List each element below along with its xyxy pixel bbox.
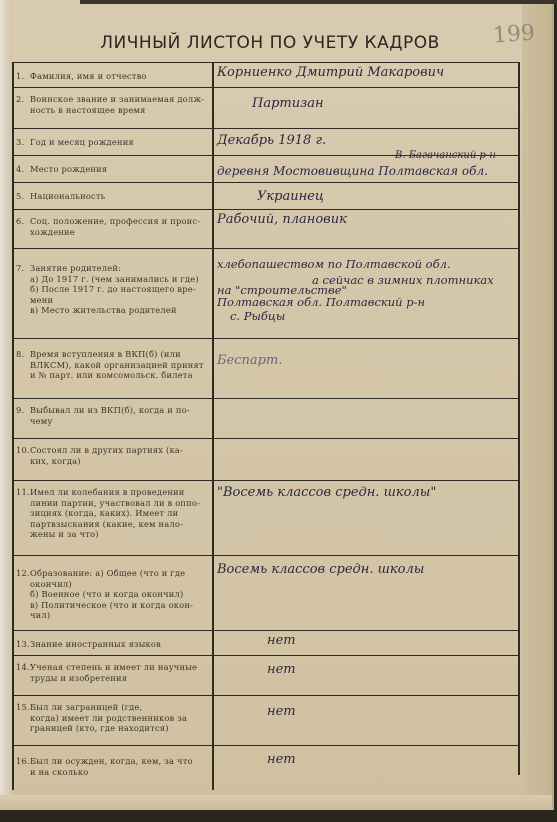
field-label-text: Выбывал ли из ВКП(б), когда и по- xyxy=(30,405,190,415)
table-left-border xyxy=(12,62,14,790)
field-label: 10. Состоял ли в других партиях (ка-ких,… xyxy=(16,445,208,466)
field-label: 9. Выбывал ли из ВКП(б), когда и по-чему xyxy=(16,405,208,426)
field-number: 4. xyxy=(16,164,30,175)
paper-edge xyxy=(0,0,12,810)
field-label-line: 13. Знание иностранных языков xyxy=(16,639,208,650)
field-label-text: Воинское звание и занимаемая долж- xyxy=(30,94,204,104)
paper-fold xyxy=(0,795,552,810)
field-label-line: 11. Имел ли колебания в проведении xyxy=(16,487,208,498)
field-number: 15. xyxy=(16,702,30,713)
field-label: 16. Был ли осужден, когда, кем, за чтои … xyxy=(16,756,208,777)
field-annotation: В. Багачанский р-н xyxy=(395,150,496,161)
field-label-line: 16. Был ли осужден, когда, кем, за что xyxy=(16,756,208,767)
form-row: 4. Место рождениядеревня Мостовивщина По… xyxy=(12,155,518,183)
field-label-line: в) Политическое (что и когда окон- xyxy=(16,600,208,611)
field-value: Полтавская обл. Полтавский р-н xyxy=(217,295,517,309)
form-row: 2. Воинское звание и занимаемая долж-нос… xyxy=(12,87,518,129)
field-value: Украинец xyxy=(257,189,557,204)
field-label-line: мени xyxy=(16,295,208,306)
field-value: Корниенко Дмитрий Макарович xyxy=(217,65,517,80)
field-label: 13. Знание иностранных языков xyxy=(16,639,208,650)
page-number: 199 xyxy=(492,21,536,49)
field-label-line: чил) xyxy=(16,610,208,621)
field-label-line: 14. Ученая степень и имеет ли научные xyxy=(16,662,208,673)
field-label-text: Имел ли колебания в проведении xyxy=(30,487,185,497)
form-row: 11. Имел ли колебания в проведениилинии … xyxy=(12,480,518,556)
field-label-line: партвзыскания (какие, кем нало- xyxy=(16,519,208,530)
field-label-line: когда) имеет ли родственников за xyxy=(16,713,208,724)
field-label-text: Занятие родителей: xyxy=(30,263,121,273)
form-row: 9. Выбывал ли из ВКП(б), когда и по-чему xyxy=(12,398,518,439)
field-label-line: 9. Выбывал ли из ВКП(б), когда и по- xyxy=(16,405,208,416)
field-number: 1. xyxy=(16,71,30,82)
form-row: 16. Был ли осужден, когда, кем, за чтои … xyxy=(12,745,518,791)
field-label-text: Соц. положение, профессия и проис- xyxy=(30,216,200,226)
field-label: 11. Имел ли колебания в проведениилинии … xyxy=(16,487,208,540)
field-label-line: ВЛКСМ), какой организацией принят xyxy=(16,360,208,371)
field-label-line: границей (кто, где находится) xyxy=(16,723,208,734)
table-right-border xyxy=(518,62,520,775)
field-value: нет xyxy=(267,752,557,767)
field-label-text: Ученая степень и имеет ли научные xyxy=(30,662,197,672)
field-label-line: 7. Занятие родителей: xyxy=(16,263,208,274)
field-label-line: 15. Был ли заграницей (где, xyxy=(16,702,208,713)
field-label-text: Год и месяц рождения xyxy=(30,137,134,147)
field-number: 5. xyxy=(16,191,30,202)
field-number: 11. xyxy=(16,487,30,498)
table-column-divider xyxy=(212,62,214,790)
field-label: 4. Место рождения xyxy=(16,164,208,175)
field-label-line: жены и за что) xyxy=(16,529,208,540)
field-label-line: в) Место жительства родителей xyxy=(16,305,208,316)
field-label: 3. Год и месяц рождения xyxy=(16,137,208,148)
form-row: 8. Время вступления в ВКП(б) (илиВЛКСМ),… xyxy=(12,338,518,399)
field-label: 15. Был ли заграницей (где,когда) имеет … xyxy=(16,702,208,734)
form-row: 10. Состоял ли в других партиях (ка-ких,… xyxy=(12,438,518,481)
field-number: 16. xyxy=(16,756,30,767)
field-label-line: 6. Соц. положение, профессия и проис- xyxy=(16,216,208,227)
field-number: 2. xyxy=(16,94,30,105)
form-row: 1. Фамилия, имя и отчествоКорниенко Дмит… xyxy=(12,62,518,88)
form-row: 14. Ученая степень и имеет ли научныетру… xyxy=(12,655,518,696)
field-label: 1. Фамилия, имя и отчество xyxy=(16,71,208,82)
field-number: 13. xyxy=(16,639,30,650)
field-label-line: б) После 1917 г. до настоящего вре- xyxy=(16,284,208,295)
form-row: 7. Занятие родителей:а) До 1917 г. (чем … xyxy=(12,248,518,339)
field-value: Партизан xyxy=(252,96,552,111)
field-label-line: 8. Время вступления в ВКП(б) (или xyxy=(16,349,208,360)
paper-margin xyxy=(522,0,552,810)
field-label-text: Фамилия, имя и отчество xyxy=(30,71,147,81)
field-label-text: Время вступления в ВКП(б) (или xyxy=(30,349,181,359)
field-label-line: и № парт. или комсомольск. билета xyxy=(16,370,208,381)
field-label-text: Был ли осужден, когда, кем, за что xyxy=(30,756,193,766)
field-value: "Восемь классов средн. школы" xyxy=(217,485,517,500)
field-label: 14. Ученая степень и имеет ли научныетру… xyxy=(16,662,208,683)
field-value: нет xyxy=(267,662,557,677)
field-number: 7. xyxy=(16,263,30,274)
field-number: 12. xyxy=(16,568,30,579)
field-label-line: ких, когда) xyxy=(16,456,208,467)
field-number: 6. xyxy=(16,216,30,227)
field-label-line: 2. Воинское звание и занимаемая долж- xyxy=(16,94,208,105)
field-label-line: зициях (когда, каких). Имеет ли xyxy=(16,508,208,519)
field-label-text: Состоял ли в других партиях (ка- xyxy=(30,445,183,455)
field-label-text: Национальность xyxy=(30,191,105,201)
field-label: 6. Соц. положение, профессия и проис-хож… xyxy=(16,216,208,237)
field-label-text: Знание иностранных языков xyxy=(30,639,161,649)
field-number: 9. xyxy=(16,405,30,416)
document-title: ЛИЧНЫЙ ЛИСТОН ПО УЧЕТУ КАДРОВ xyxy=(60,33,480,53)
field-label-text: Был ли заграницей (где, xyxy=(30,702,142,712)
field-value: хлебопашеством по Полтавской обл. xyxy=(217,257,517,271)
form-row: 6. Соц. положение, профессия и проис-хож… xyxy=(12,209,518,249)
field-label-line: труды и изобретения xyxy=(16,673,208,684)
field-label-line: 5. Национальность xyxy=(16,191,208,202)
field-label-line: окончил) xyxy=(16,579,208,590)
scan-shadow xyxy=(80,0,557,4)
field-label: 7. Занятие родителей:а) До 1917 г. (чем … xyxy=(16,263,208,316)
form-row: 13. Знание иностранных языковнет xyxy=(12,630,518,656)
form-row: 12. Образование: а) Общее (что и гдеокон… xyxy=(12,555,518,631)
field-label-text: Место рождения xyxy=(30,164,107,174)
field-label-line: а) До 1917 г. (чем занимались и где) xyxy=(16,274,208,285)
field-label-line: б) Военное (что и когда окончил) xyxy=(16,589,208,600)
field-number: 8. xyxy=(16,349,30,360)
field-label-line: и на сколько xyxy=(16,767,208,778)
field-number: 3. xyxy=(16,137,30,148)
field-label-line: 3. Год и месяц рождения xyxy=(16,137,208,148)
field-label-line: ность в настоящее время xyxy=(16,105,208,116)
field-label-line: 1. Фамилия, имя и отчество xyxy=(16,71,208,82)
field-label: 8. Время вступления в ВКП(б) (илиВЛКСМ),… xyxy=(16,349,208,381)
field-label-line: 12. Образование: а) Общее (что и где xyxy=(16,568,208,579)
field-value: Восемь классов средн. школы xyxy=(217,562,517,577)
form-row: 5. НациональностьУкраинец xyxy=(12,182,518,210)
field-value: Рабочий, плановик xyxy=(217,212,517,227)
field-label-line: хождение xyxy=(16,227,208,238)
field-label: 2. Воинское звание и занимаемая долж-нос… xyxy=(16,94,208,115)
field-value: с. Рыбцы xyxy=(230,309,530,323)
form-row: 15. Был ли заграницей (где,когда) имеет … xyxy=(12,695,518,746)
field-label-line: чему xyxy=(16,416,208,427)
field-label: 12. Образование: а) Общее (что и гдеокон… xyxy=(16,568,208,621)
field-label-line: 10. Состоял ли в других партиях (ка- xyxy=(16,445,208,456)
field-number: 14. xyxy=(16,662,30,673)
field-label: 5. Национальность xyxy=(16,191,208,202)
field-label-line: 4. Место рождения xyxy=(16,164,208,175)
field-value: нет xyxy=(267,704,557,719)
field-value: Декабрь 1918 г. xyxy=(217,133,517,148)
field-value: нет xyxy=(267,633,557,648)
field-label-text: Образование: а) Общее (что и где xyxy=(30,568,185,578)
field-label-line: линии партии, участвовал ли в оппо- xyxy=(16,498,208,509)
field-value: Беспарт. xyxy=(217,353,517,368)
field-value: деревня Мостовивщина Полтавская обл. xyxy=(217,164,517,178)
field-number: 10. xyxy=(16,445,30,456)
